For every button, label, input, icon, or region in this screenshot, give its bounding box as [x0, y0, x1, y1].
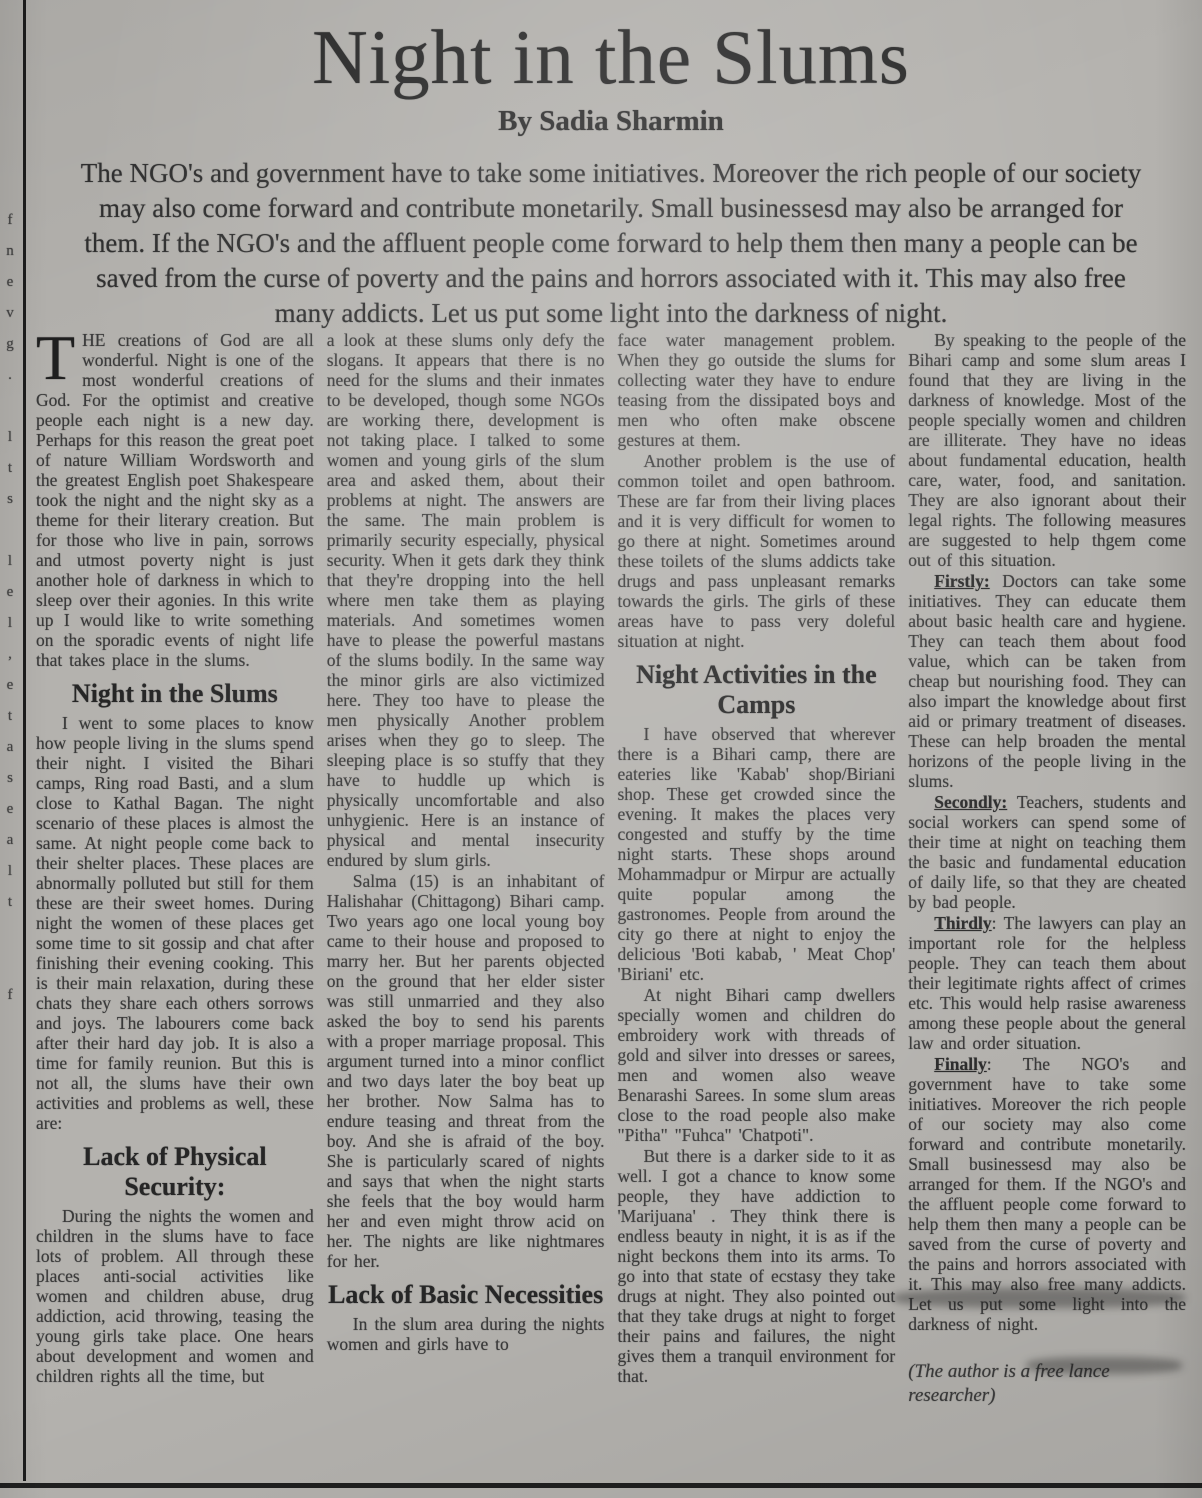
paragraph-thirdly: Thirdly: The lawyers can play an importa… — [908, 913, 1186, 1053]
paragraph-text: : The NGO's and government have to take … — [908, 1054, 1186, 1334]
section-heading-lack-of-physical-security: Lack of Physical Security: — [36, 1142, 314, 1202]
section-heading-lack-of-basic-necessities: Lack of Basic Necessities — [327, 1280, 605, 1310]
lead-paragraph: The NGO's and government have to take so… — [72, 156, 1150, 331]
paragraph-text: : The lawyers can play an important role… — [908, 913, 1186, 1053]
paragraph-finally: Finally: The NGO's and government have t… — [908, 1054, 1186, 1334]
paragraph: But there is a darker side to it as well… — [618, 1146, 896, 1386]
article: Night in the Slums By Sadia Sharmin The … — [36, 0, 1186, 331]
paragraph: THE creations of God are all wonderful. … — [36, 330, 314, 670]
column-4: By speaking to the people of the Bihari … — [908, 330, 1186, 1408]
edge-text-fragments: f n e v g . l t s l e l , e t a s e a l … — [0, 205, 20, 1011]
paragraph: I have observed that wherever there is a… — [618, 724, 896, 984]
runin-heading-secondly: Secondly: — [934, 792, 1007, 812]
paragraph: Salma (15) is an inhabitant of Halishaha… — [327, 871, 605, 1271]
paragraph: a look at these slums only defy the slog… — [327, 330, 605, 870]
runin-heading-thirdly: Thirdly — [934, 913, 991, 933]
paragraph-secondly: Secondly: Teachers, students and social … — [908, 792, 1186, 912]
runin-heading-firstly: Firstly: — [934, 571, 989, 591]
paragraph-text: Doctors can take some initiatives. They … — [908, 571, 1186, 791]
newspaper-scan: f n e v g . l t s l e l , e t a s e a l … — [0, 0, 1202, 1498]
column-3: face water management problem. When they… — [618, 330, 896, 1386]
drop-cap: T — [36, 330, 82, 388]
author-note: (The author is a free lance researcher) — [908, 1360, 1186, 1408]
paragraph: During the nights the women and children… — [36, 1206, 314, 1386]
column-2: a look at these slums only defy the slog… — [327, 330, 605, 1354]
paragraph: At night Bihari camp dwellers specially … — [618, 985, 896, 1145]
section-heading-night-in-the-slums: Night in the Slums — [36, 679, 314, 709]
runin-heading-finally: Finally — [934, 1054, 987, 1074]
paragraph: I went to some places to know how people… — [36, 713, 314, 1133]
paragraph: By speaking to the people of the Bihari … — [908, 330, 1186, 570]
article-title: Night in the Slums — [36, 14, 1186, 100]
paragraph: In the slum area during the nights women… — [327, 1314, 605, 1354]
section-heading-night-activities-in-the-camps: Night Activities in the Camps — [618, 660, 896, 720]
byline: By Sadia Sharmin — [36, 104, 1186, 138]
article-columns: THE creations of God are all wonderful. … — [36, 330, 1186, 1408]
paragraph: Another problem is the use of common toi… — [618, 451, 896, 651]
paragraph-firstly: Firstly: Doctors can take some initiativ… — [908, 571, 1186, 791]
bottom-rule — [0, 1483, 1202, 1488]
left-column-rule — [23, 0, 26, 1481]
column-1: THE creations of God are all wonderful. … — [36, 330, 314, 1386]
paragraph: face water management problem. When they… — [618, 330, 896, 450]
